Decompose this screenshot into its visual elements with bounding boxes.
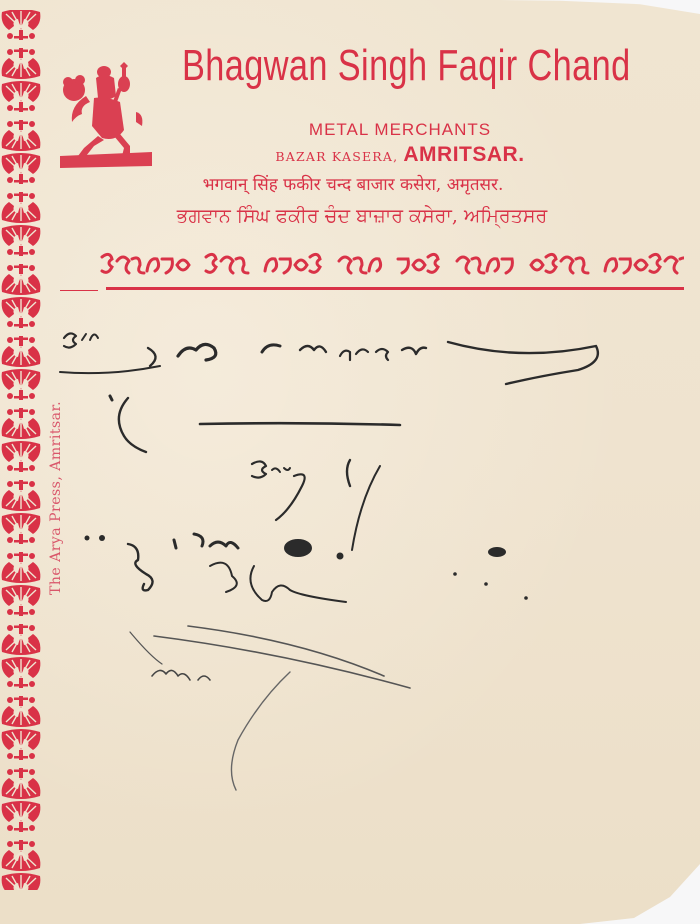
address-line: BAZAR KASERA, AMRITSAR. (200, 143, 600, 167)
printer-credit: The Arya Press, Amritsar. (48, 401, 64, 595)
trade-description: METAL MERCHANTS (250, 120, 550, 140)
firm-name: Bhagwan Singh Faqir Chand (182, 38, 549, 94)
hanuman-emblem-icon (58, 52, 154, 170)
ornamental-border (0, 10, 42, 890)
gurmukhi-address-line: ਭਗਵਾਨ ਸਿੰਘ ਫਕੀਰ ਚੰਦ ਬਾਜ਼ਾਰ ਕਸੇਰਾ, ਅਮ੍ਰਿਤ… (102, 205, 622, 227)
hindi-address-line: भगवान् सिंह फकीर चन्द बाजार कसेरा, अमृतस… (118, 172, 588, 195)
address-street: BAZAR KASERA, (275, 149, 398, 164)
address-city: AMRITSAR. (403, 143, 524, 166)
header-rule-dash (60, 290, 98, 291)
landa-address-line (100, 248, 684, 278)
header-rule (106, 287, 684, 290)
